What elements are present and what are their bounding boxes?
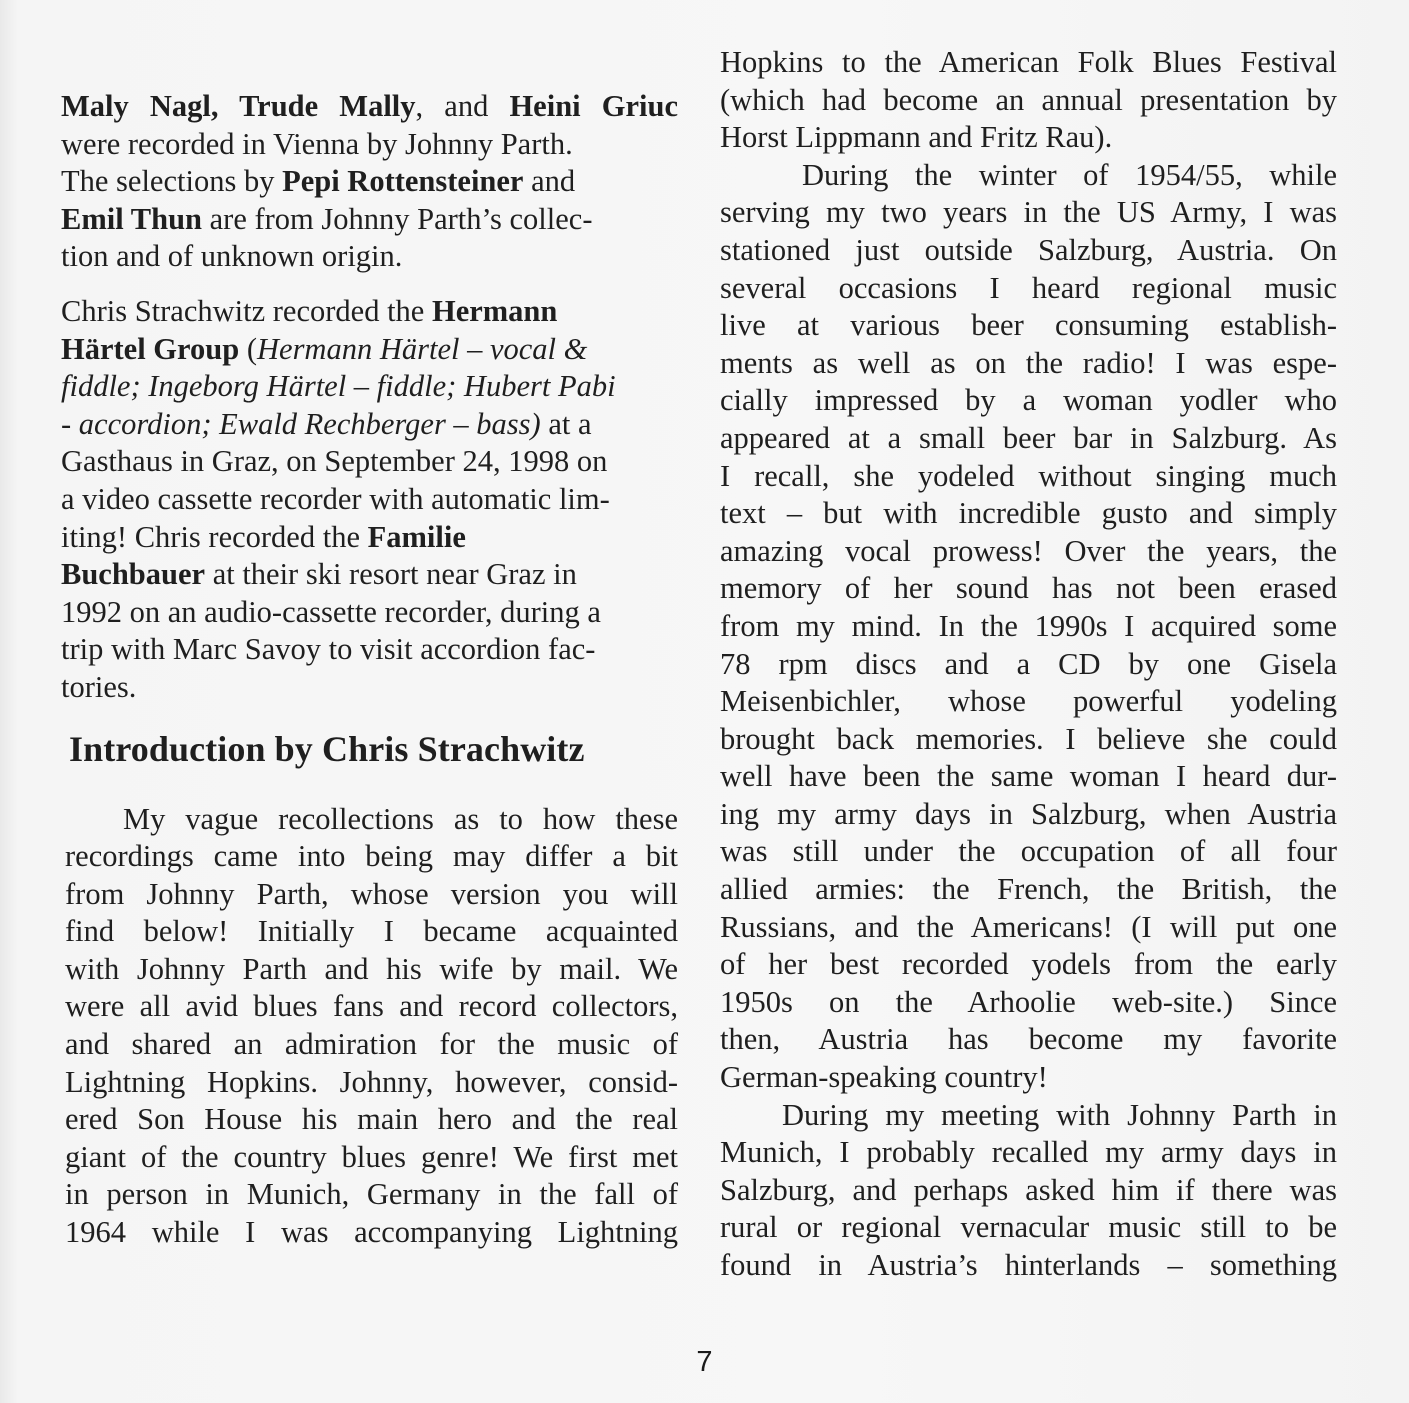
text-line: Horst Lippmann and Fritz Rau). <box>720 119 1337 157</box>
text-line: German-speaking country! <box>720 1059 1337 1097</box>
text-line: with Johnny Parth and his wife by mail. … <box>65 951 678 989</box>
text-fragment: at their ski resort near Graz in <box>205 557 577 591</box>
text-line: (which had become an annual presentation… <box>720 82 1337 120</box>
text-line: rural or regional vernacular music still… <box>720 1209 1337 1247</box>
text-line: Meisenbichler, whose powerful yodeling <box>720 683 1337 721</box>
text-line: Lightning Hopkins. Johnny, however, cons… <box>65 1064 678 1102</box>
text-line: allied armies: the French, the British, … <box>720 871 1337 909</box>
text-line: were all avid blues fans and record coll… <box>65 988 678 1026</box>
text-line: 1950s on the Arhoolie web-site.) Since <box>720 984 1337 1022</box>
text-line: During my meeting with Johnny Parth in <box>720 1097 1337 1135</box>
artist-name-bold: Heini Griuc <box>509 89 678 123</box>
text-line: memory of her sound has not been erased <box>720 570 1337 608</box>
text-line: Härtel Group (Hermann Härtel – vocal & <box>61 331 678 369</box>
text-fragment: The selections by <box>61 164 282 198</box>
text-line: Maly Nagl, Trude Mally, and Heini Griuc <box>61 88 678 126</box>
personnel-italic: - accordion; Ewald Rechberger – bass) <box>61 407 541 441</box>
text-line: cially impressed by a woman yodler who <box>720 382 1337 420</box>
text-line: find below! Initially I became acquainte… <box>65 913 678 951</box>
text-line: tories. <box>61 669 678 707</box>
artist-name-bold: Härtel Group <box>61 332 239 366</box>
artist-name-bold: Familie <box>368 520 466 554</box>
text-line: - accordion; Ewald Rechberger – bass) at… <box>61 406 678 444</box>
intro-paragraph: My vague recollections as to how these r… <box>65 801 678 1252</box>
text-line: recordings came into being may differ a … <box>65 838 678 876</box>
text-line: amazing vocal prowess! Over the years, t… <box>720 533 1337 571</box>
text-line: was still under the occupation of all fo… <box>720 833 1337 871</box>
text-line: tion and of unknown origin. <box>61 238 678 276</box>
text-line: from my mind. In the 1990s I acquired so… <box>720 608 1337 646</box>
text-line: The selections by Pepi Rottensteiner and <box>61 163 678 201</box>
artist-name-bold: Buchbauer <box>61 557 205 591</box>
text-fragment: ( <box>239 332 257 366</box>
credits-paragraph-graz: Chris Strachwitz recorded the Hermann Hä… <box>61 293 678 707</box>
text-line: of her best recorded yodels from the ear… <box>720 946 1337 984</box>
munich-meeting-paragraph: During my meeting with Johnny Parth in M… <box>720 1097 1337 1285</box>
text-line: giant of the country blues genre! We fir… <box>65 1139 678 1177</box>
text-line: from Johnny Parth, whose version you wil… <box>65 876 678 914</box>
artist-names-bold: Maly Nagl, Trude Mally <box>61 89 416 123</box>
text-line: well have been the same woman I heard du… <box>720 758 1337 796</box>
personnel-italic: Hermann Härtel – vocal & <box>257 332 587 366</box>
text-line: Hopkins to the American Folk Blues Festi… <box>720 44 1337 82</box>
text-line: ered Son House his main hero and the rea… <box>65 1101 678 1139</box>
text-line: found in Austria’s hinterlands – somethi… <box>720 1247 1337 1285</box>
text-line: then, Austria has become my favorite <box>720 1021 1337 1059</box>
text-fragment: Chris Strachwitz recorded the <box>61 294 432 328</box>
text-line: live at various beer consuming establish… <box>720 307 1337 345</box>
text-line: iting! Chris recorded the Familie <box>61 519 678 557</box>
text-fragment: , and <box>416 89 510 123</box>
artist-name-bold: Emil Thun <box>61 202 202 236</box>
text-line: I recall, she yodeled without singing mu… <box>720 458 1337 496</box>
text-line: appeared at a small beer bar in Salzburg… <box>720 420 1337 458</box>
text-line: were recorded in Vienna by Johnny Parth. <box>61 126 678 164</box>
text-line: Russians, and the Americans! (I will put… <box>720 909 1337 947</box>
text-fragment: iting! Chris recorded the <box>61 520 368 554</box>
text-line: 1964 while I was accompanying Lightning <box>65 1214 678 1252</box>
left-column: Maly Nagl, Trude Mally, and Heini Griuc … <box>61 88 678 1252</box>
text-fragment: at a <box>541 407 592 441</box>
text-line: ments as well as on the radio! I was esp… <box>720 345 1337 383</box>
artist-name-bold: Hermann <box>432 294 557 328</box>
festival-paragraph: Hopkins to the American Folk Blues Festi… <box>720 44 1337 157</box>
text-line: in person in Munich, Germany in the fall… <box>65 1176 678 1214</box>
text-line: a video cassette recorder with automatic… <box>61 481 678 519</box>
text-line: several occasions I heard regional music <box>720 270 1337 308</box>
page-number: 7 <box>0 1346 1409 1379</box>
text-line: Buchbauer at their ski resort near Graz … <box>61 556 678 594</box>
text-line: ing my army days in Salzburg, when Austr… <box>720 796 1337 834</box>
paragraph-gap <box>61 276 678 293</box>
section-heading: Introduction by Chris Strachwitz <box>69 727 678 771</box>
text-line: Chris Strachwitz recorded the Hermann <box>61 293 678 331</box>
text-line: Munich, I probably recalled my army days… <box>720 1134 1337 1172</box>
text-line: and shared an admiration for the music o… <box>65 1026 678 1064</box>
text-line: fiddle; Ingeborg Härtel – fiddle; Hubert… <box>61 368 678 406</box>
text-line: 78 rpm discs and a CD by one Gisela <box>720 646 1337 684</box>
text-line: text – but with incredible gusto and sim… <box>720 495 1337 533</box>
text-line: During the winter of 1954/55, while <box>720 157 1337 195</box>
right-column: Hopkins to the American Folk Blues Festi… <box>720 44 1337 1285</box>
text-line: Gasthaus in Graz, on September 24, 1998 … <box>61 443 678 481</box>
text-line: Salzburg, and perhaps asked him if there… <box>720 1172 1337 1210</box>
army-days-paragraph: During the winter of 1954/55, while serv… <box>720 157 1337 1097</box>
text-line: brought back memories. I believe she cou… <box>720 721 1337 759</box>
text-line: trip with Marc Savoy to visit accordion … <box>61 631 678 669</box>
artist-name-bold: Pepi Rottensteiner <box>282 164 523 198</box>
text-fragment: and <box>523 164 575 198</box>
text-line: 1992 on an audio-cassette recorder, duri… <box>61 594 678 632</box>
booklet-page: Maly Nagl, Trude Mally, and Heini Griuc … <box>0 0 1409 1403</box>
text-line: stationed just outside Salzburg, Austria… <box>720 232 1337 270</box>
text-line: Emil Thun are from Johnny Parth’s collec… <box>61 201 678 239</box>
text-line: serving my two years in the US Army, I w… <box>720 194 1337 232</box>
text-fragment: are from Johnny Parth’s collec- <box>202 202 592 236</box>
text-line: My vague recollections as to how these <box>65 801 678 839</box>
credits-paragraph-vienna: Maly Nagl, Trude Mally, and Heini Griuc … <box>61 88 678 276</box>
